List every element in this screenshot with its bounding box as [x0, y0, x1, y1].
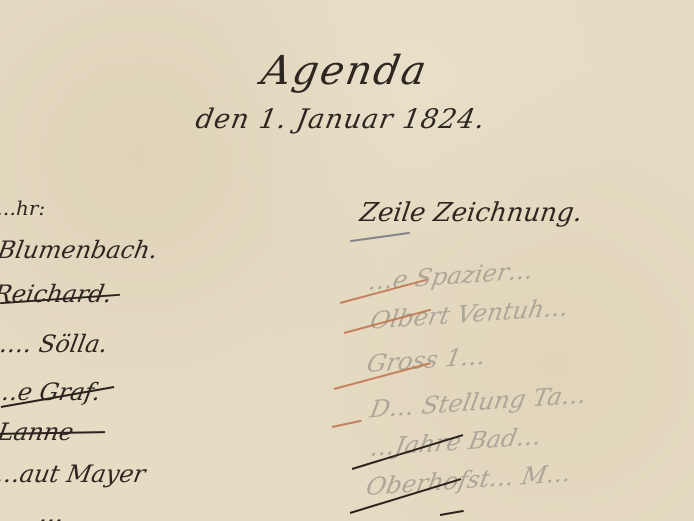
- document-title: Agenda: [258, 48, 432, 94]
- red-tick-mark: [332, 420, 362, 428]
- right-column-heading: Zeile Zeichnung.: [358, 198, 584, 228]
- pencil-entry-3: Gross 1…: [365, 342, 488, 378]
- left-entry-2: Reichard.: [0, 280, 114, 308]
- pencil-entry-2: Olbert Ventuh…: [368, 293, 571, 335]
- left-entry-6: …aut Mayer: [0, 460, 148, 488]
- ink-tick-mark: [440, 510, 464, 516]
- pencil-entry-6: Oberhofst… M…: [364, 459, 574, 501]
- left-entry-7: …: [38, 500, 67, 521]
- pencil-entry-4: D… Stellung Ta…: [368, 381, 589, 424]
- left-entry-1: Blumenbach.: [0, 236, 160, 264]
- left-entry-3: …. Sölla.: [0, 330, 110, 358]
- heading-underline: [350, 232, 410, 242]
- document-date: den 1. Januar 1824.: [193, 104, 488, 135]
- manuscript-page: Agenda den 1. Januar 1824. …hr: Blumenba…: [0, 0, 694, 521]
- left-column-heading: …hr:: [0, 196, 45, 220]
